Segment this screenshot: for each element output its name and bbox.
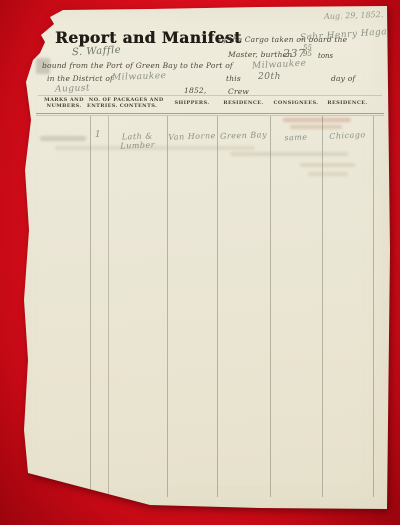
day-of-label: day of <box>331 74 355 83</box>
master-name-handwritten: S. Waffle <box>72 45 122 59</box>
ink-bleed-smudge <box>300 163 355 167</box>
district-name-handwritten: Milwaukee <box>112 71 167 83</box>
burthen-fraction: 55 95 <box>303 45 312 57</box>
table-header-rule-2 <box>36 115 384 116</box>
column-header-contents: PACKAGES AND CONTENTS. <box>110 97 167 109</box>
table-top-rule <box>38 95 382 96</box>
ink-bleed-smudge <box>290 125 342 129</box>
row-residence2-value: Chicago <box>322 130 373 142</box>
column-header-shippers: SHIPPERS. <box>167 100 217 106</box>
row-consignees-value: same <box>270 132 322 143</box>
tons-label: tons <box>318 52 333 60</box>
ink-bleed-smudge <box>283 118 351 122</box>
row-entries-value: 1 <box>88 130 108 140</box>
destination-port-handwritten: Milwaukee <box>252 59 307 72</box>
this-label: this <box>226 74 241 83</box>
fraction-denominator: 95 <box>303 51 312 57</box>
bound-from-line: bound from the Port of Green Bay to the … <box>42 61 233 70</box>
table-header-rule <box>36 113 384 114</box>
row-residence-value: Green Bay <box>217 130 270 141</box>
paper-sheet: Aug. 29, 1852. Report and Manifest of th… <box>0 0 400 525</box>
column-line-2 <box>108 116 109 497</box>
column-header-residence-2: RESIDENCE. <box>322 100 373 106</box>
handwritten-date: Aug. 29, 1852. <box>324 10 384 21</box>
marks-column-scribble <box>40 136 86 141</box>
year-value: 1852, <box>184 86 206 95</box>
column-line-1 <box>90 116 91 497</box>
row-contents-value: Lath & Lumber <box>108 131 168 151</box>
column-line-4 <box>217 116 218 497</box>
month-handwritten: August <box>55 83 90 94</box>
district-label: in the District of <box>47 74 113 83</box>
ink-bleed-smudge <box>308 172 348 176</box>
row-shippers-value: Van Horne <box>167 131 217 142</box>
day-value-handwritten: 20th <box>258 72 281 82</box>
photo-red-background: Aug. 29, 1852. Report and Manifest of th… <box>0 0 400 525</box>
form-title: Report and Manifest <box>55 28 242 47</box>
column-line-3 <box>167 116 168 497</box>
column-line-5 <box>270 116 271 497</box>
ink-bleed-smudge <box>230 152 348 156</box>
column-line-7 <box>373 116 374 497</box>
column-header-consignees: CONSIGNEES. <box>270 100 322 106</box>
manifest-document: Aug. 29, 1852. Report and Manifest of th… <box>0 0 400 525</box>
column-header-marks: MARKS AND NUMBERS. <box>40 97 88 109</box>
column-header-residence: RESIDENCE. <box>217 100 270 106</box>
